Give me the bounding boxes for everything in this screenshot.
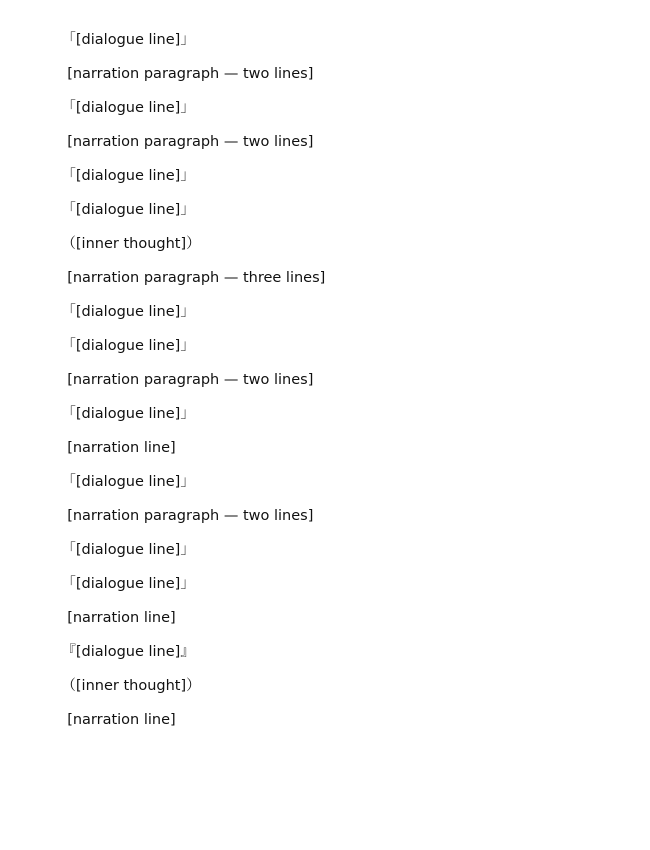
paragraph: 「[dialogue line]」 bbox=[44, 572, 610, 597]
document-page: 「[dialogue line]」 [narration paragraph —… bbox=[0, 0, 650, 850]
paragraph: [narration paragraph — two lines] bbox=[44, 504, 610, 529]
paragraph: [narration line] bbox=[44, 708, 610, 733]
paragraph: （[inner thought]） bbox=[44, 232, 610, 257]
paragraph: 「[dialogue line]」 bbox=[44, 300, 610, 325]
paragraph: （[inner thought]） bbox=[44, 674, 610, 699]
paragraph: 「[dialogue line]」 bbox=[44, 470, 610, 495]
paragraph: [narration line] bbox=[44, 436, 610, 461]
paragraph: [narration line] bbox=[44, 606, 610, 631]
paragraph: 「[dialogue line]」 bbox=[44, 538, 610, 563]
paragraph: 「[dialogue line]」 bbox=[44, 96, 610, 121]
paragraph: 「[dialogue line]」 bbox=[44, 164, 610, 189]
paragraph: 「[dialogue line]」 bbox=[44, 198, 610, 223]
paragraph: 『[dialogue line]』 bbox=[44, 640, 610, 665]
paragraph: 「[dialogue line]」 bbox=[44, 402, 610, 427]
paragraph: [narration paragraph — two lines] bbox=[44, 368, 610, 393]
paragraph: 「[dialogue line]」 bbox=[44, 334, 610, 359]
paragraph: 「[dialogue line]」 bbox=[44, 28, 610, 53]
paragraph: [narration paragraph — three lines] bbox=[44, 266, 610, 291]
paragraph: [narration paragraph — two lines] bbox=[44, 62, 610, 87]
paragraph: [narration paragraph — two lines] bbox=[44, 130, 610, 155]
